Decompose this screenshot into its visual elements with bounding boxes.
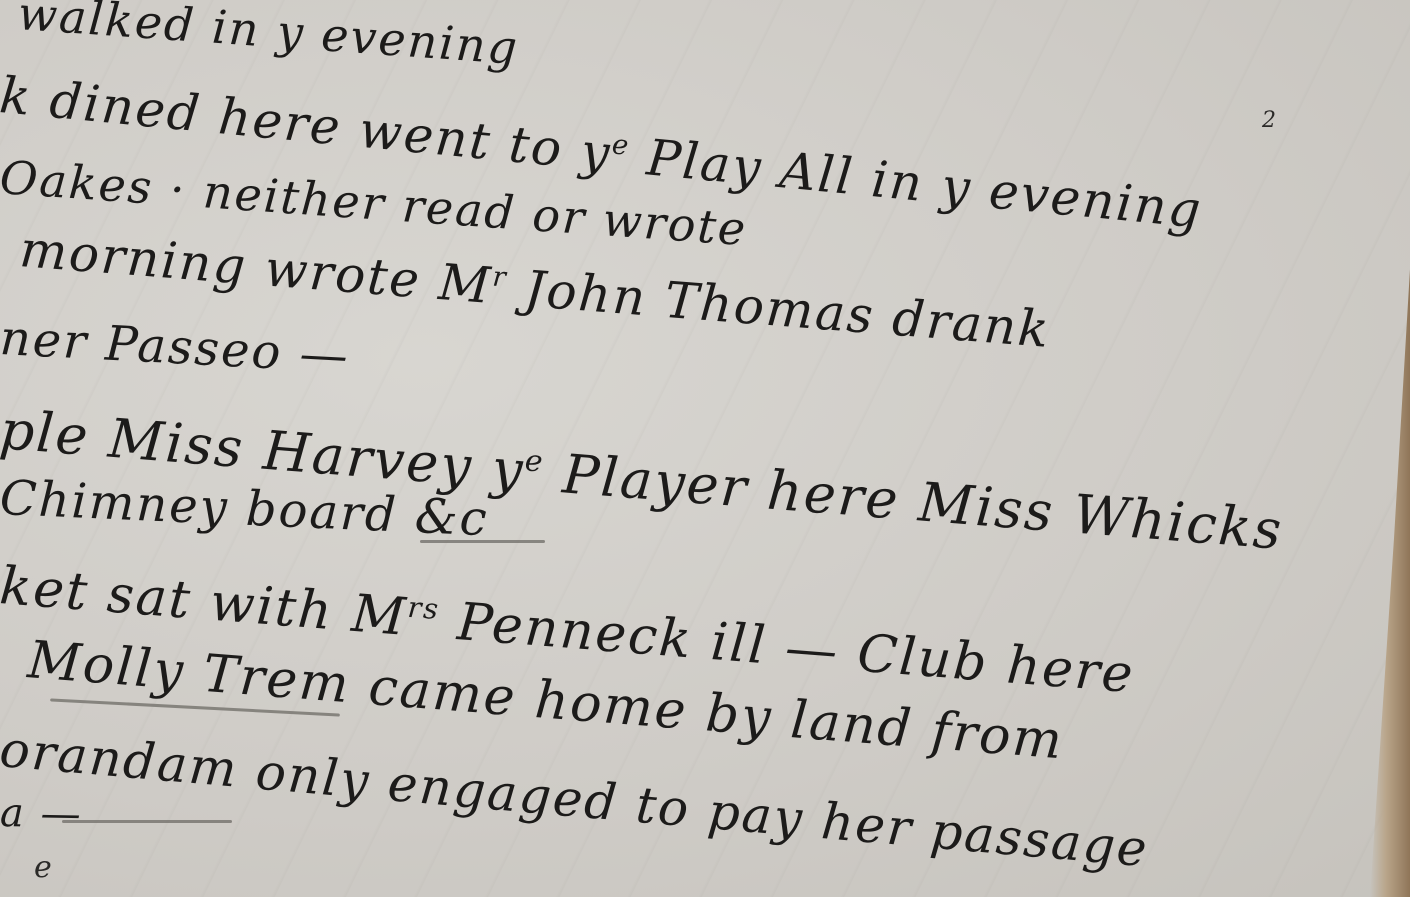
marginal-mark: e <box>34 850 52 885</box>
line-text: morning wrote M <box>18 220 494 315</box>
line-text: Player here Miss Whicks <box>541 441 1285 562</box>
line-text: ner Passeo — <box>0 310 351 384</box>
line-text: walked in y evening <box>16 0 521 75</box>
superscript: rs <box>406 590 441 626</box>
line-text: John Thomas drank <box>505 258 1053 359</box>
marginal-mark: 2 <box>1262 108 1276 133</box>
handwritten-line: walked in y evening <box>16 0 521 75</box>
handwritten-line: ner Passeo — <box>0 310 351 384</box>
underline-stroke <box>62 820 232 823</box>
line-text: a — <box>0 790 83 837</box>
book-edge <box>1370 0 1410 897</box>
underline-stroke <box>420 540 545 543</box>
handwritten-line: a — <box>0 790 83 837</box>
diary-page: walked in y evening k dined here went to… <box>0 0 1410 897</box>
